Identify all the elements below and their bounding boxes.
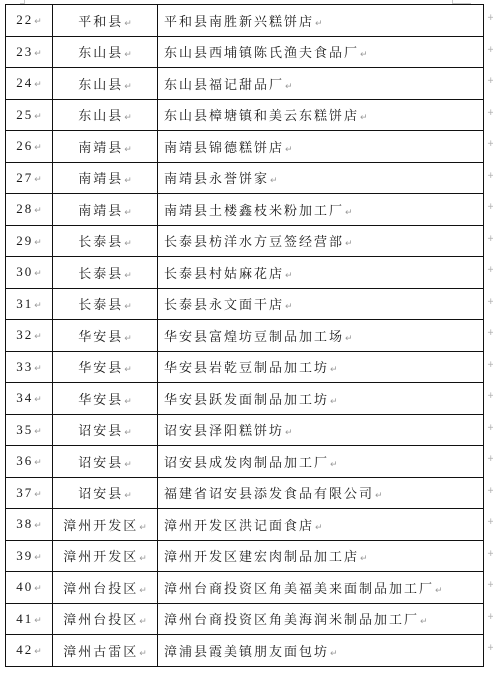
paragraph-mark-icon: ↵ <box>124 365 132 375</box>
area-cell: 漳州古雷区↵ <box>53 635 158 667</box>
area-name: 华安县 <box>78 361 123 376</box>
table-row: 35↵ 诏安县↵ 诏安县泽阳糕饼坊↵ <box>6 414 484 446</box>
paragraph-mark-icon: ↵ <box>285 428 293 438</box>
business-name-cell: 华安县富煌坊豆制品加工场↵ <box>158 320 484 352</box>
paragraph-mark-icon: ↵ <box>124 397 132 407</box>
area-cell: 东山县↵ <box>53 36 158 68</box>
row-number-cell: 33↵ <box>6 351 53 383</box>
paragraph-mark-icon: ↵ <box>124 271 132 281</box>
row-end-mark-icon: + <box>487 108 492 118</box>
area-name: 诏安县 <box>78 456 123 471</box>
business-name-cell: 漳州台商投资区角美海润米制品加工厂↵ <box>158 603 484 635</box>
row-number: 39 <box>16 548 33 563</box>
business-name: 诏安县成发肉制品加工厂 <box>164 456 329 471</box>
table-row: 28↵ 南靖县↵ 南靖县土楼鑫枝米粉加工厂↵ <box>6 194 484 226</box>
business-name-cell: 长泰县村姑麻花店↵ <box>158 257 484 289</box>
row-end-mark-icon: + <box>487 360 492 370</box>
area-cell: 华安县↵ <box>53 351 158 383</box>
row-number: 33 <box>16 359 33 374</box>
row-end-mark-icon: + <box>487 45 492 55</box>
business-name-cell: 漳州开发区建宏肉制品加工店↵ <box>158 540 484 572</box>
area-name: 诏安县 <box>78 424 123 439</box>
paragraph-mark-icon: ↵ <box>345 208 353 218</box>
table-row: 41↵ 漳州台投区↵ 漳州台商投资区角美海润米制品加工厂↵ <box>6 603 484 635</box>
row-number: 38 <box>16 516 33 531</box>
paragraph-mark-icon: ↵ <box>330 460 338 470</box>
table-row: 24↵ 东山县↵ 东山县福记甜品厂↵ <box>6 68 484 100</box>
business-name-cell: 平和县南胜新兴糕饼店↵ <box>158 5 484 37</box>
paragraph-mark-icon: ↵ <box>360 554 368 564</box>
row-end-mark-icon: + <box>487 265 492 275</box>
paragraph-mark-icon: ↵ <box>330 397 338 407</box>
row-number: 40 <box>16 579 33 594</box>
row-number-cell: 32↵ <box>6 320 53 352</box>
business-name: 南靖县锦德糕饼店 <box>164 141 284 156</box>
paragraph-mark-icon: ↵ <box>34 142 42 152</box>
area-cell: 南靖县↵ <box>53 162 158 194</box>
row-number-cell: 30↵ <box>6 257 53 289</box>
business-name-cell: 漳州台商投资区角美福美来面制品加工厂↵ <box>158 572 484 604</box>
area-name: 漳州开发区 <box>63 519 138 534</box>
paragraph-mark-icon: ↵ <box>345 239 353 249</box>
row-number: 28 <box>16 201 33 216</box>
business-name: 平和县南胜新兴糕饼店 <box>164 15 314 30</box>
area-cell: 南靖县↵ <box>53 194 158 226</box>
row-number: 27 <box>16 170 33 185</box>
row-number: 23 <box>16 44 33 59</box>
paragraph-mark-icon: ↵ <box>360 113 368 123</box>
row-end-mark-icon: + <box>487 297 492 307</box>
row-number-cell: 26↵ <box>6 131 53 163</box>
paragraph-mark-icon: ↵ <box>34 426 42 436</box>
paragraph-mark-icon: ↵ <box>34 394 42 404</box>
paragraph-mark-icon: ↵ <box>34 48 42 58</box>
row-number-cell: 36↵ <box>6 446 53 478</box>
business-name-cell: 长泰县枋洋水方豆签经营部↵ <box>158 225 484 257</box>
row-end-mark-icon: + <box>487 13 492 23</box>
business-name: 东山县樟塘镇和美云东糕饼店 <box>164 109 359 124</box>
row-number-cell: 27↵ <box>6 162 53 194</box>
area-name: 南靖县 <box>78 172 123 187</box>
area-cell: 漳州台投区↵ <box>53 572 158 604</box>
paragraph-mark-icon: ↵ <box>285 302 293 312</box>
business-name: 华安县跃发面制品加工坊 <box>164 393 329 408</box>
business-name: 东山县西埔镇陈氏渔夫食品厂 <box>164 46 359 61</box>
paragraph-mark-icon: ↵ <box>124 113 132 123</box>
area-cell: 漳州开发区↵ <box>53 509 158 541</box>
paragraph-mark-icon: ↵ <box>124 176 132 186</box>
area-name: 漳州台投区 <box>63 582 138 597</box>
row-number-cell: 25↵ <box>6 99 53 131</box>
row-end-mark-icon: + <box>487 391 492 401</box>
business-name-cell: 东山县西埔镇陈氏渔夫食品厂↵ <box>158 36 484 68</box>
table-row: 31↵ 长泰县↵ 长泰县永文面干店↵ <box>6 288 484 320</box>
area-name: 漳州开发区 <box>63 550 138 565</box>
area-cell: 华安县↵ <box>53 383 158 415</box>
paragraph-mark-icon: ↵ <box>360 50 368 60</box>
row-number: 30 <box>16 264 33 279</box>
business-name-cell: 诏安县成发肉制品加工厂↵ <box>158 446 484 478</box>
paragraph-mark-icon: ↵ <box>34 583 42 593</box>
area-cell: 长泰县↵ <box>53 225 158 257</box>
table-row: 36↵ 诏安县↵ 诏安县成发肉制品加工厂↵ <box>6 446 484 478</box>
row-number: 32 <box>16 327 33 342</box>
paragraph-mark-icon: ↵ <box>34 174 42 184</box>
row-number: 26 <box>16 138 33 153</box>
table-row: 42↵ 漳州古雷区↵ 漳浦县霞美镇朋友面包坊↵ <box>6 635 484 667</box>
row-number: 41 <box>16 611 33 626</box>
paragraph-mark-icon: ↵ <box>124 145 132 155</box>
area-name: 东山县 <box>78 109 123 124</box>
paragraph-mark-icon: ↵ <box>34 520 42 530</box>
business-name: 南靖县永誉饼家 <box>164 172 269 187</box>
paragraph-mark-icon: ↵ <box>34 489 42 499</box>
area-cell: 东山县↵ <box>53 68 158 100</box>
business-name: 东山县福记甜品厂 <box>164 78 284 93</box>
area-cell: 东山县↵ <box>53 99 158 131</box>
paragraph-mark-icon: ↵ <box>34 268 42 278</box>
paragraph-mark-icon: ↵ <box>124 491 132 501</box>
paragraph-mark-icon: ↵ <box>285 271 293 281</box>
row-number-cell: 42↵ <box>6 635 53 667</box>
paragraph-mark-icon: ↵ <box>124 19 132 29</box>
row-number-cell: 29↵ <box>6 225 53 257</box>
row-end-mark-icon: + <box>487 643 492 653</box>
row-number-cell: 22↵ <box>6 5 53 37</box>
row-end-mark-icon: + <box>487 486 492 496</box>
area-name: 南靖县 <box>78 141 123 156</box>
paragraph-mark-icon: ↵ <box>124 460 132 470</box>
paragraph-mark-icon: ↵ <box>34 205 42 215</box>
table-row: 29↵ 长泰县↵ 长泰县枋洋水方豆签经营部↵ <box>6 225 484 257</box>
paragraph-mark-icon: ↵ <box>124 50 132 60</box>
table-row: 30↵ 长泰县↵ 长泰县村姑麻花店↵ <box>6 257 484 289</box>
business-name-cell: 东山县樟塘镇和美云东糕饼店↵ <box>158 99 484 131</box>
paragraph-mark-icon: ↵ <box>330 365 338 375</box>
business-name-cell: 南靖县土楼鑫枝米粉加工厂↵ <box>158 194 484 226</box>
business-name-cell: 南靖县锦德糕饼店↵ <box>158 131 484 163</box>
area-name: 平和县 <box>78 15 123 30</box>
paragraph-mark-icon: ↵ <box>124 334 132 344</box>
row-end-mark-icon: + <box>487 580 492 590</box>
table-row: 32↵ 华安县↵ 华安县富煌坊豆制品加工场↵ <box>6 320 484 352</box>
row-number-cell: 41↵ <box>6 603 53 635</box>
table-body: 22↵ 平和县↵ 平和县南胜新兴糕饼店↵ 23↵ 东山县↵ 东山县西埔镇陈氏渔夫… <box>6 5 484 667</box>
area-name: 长泰县 <box>78 298 123 313</box>
paragraph-mark-icon: ↵ <box>124 302 132 312</box>
paragraph-mark-icon: ↵ <box>330 649 338 659</box>
paragraph-mark-icon: ↵ <box>34 111 42 121</box>
paragraph-mark-icon: ↵ <box>34 615 42 625</box>
paragraph-mark-icon: ↵ <box>139 586 147 596</box>
row-number: 37 <box>16 485 33 500</box>
area-cell: 漳州台投区↵ <box>53 603 158 635</box>
table-row: 25↵ 东山县↵ 东山县樟塘镇和美云东糕饼店↵ <box>6 99 484 131</box>
row-end-mark-icon: + <box>487 171 492 181</box>
row-end-mark-icon: + <box>487 202 492 212</box>
business-name-cell: 华安县跃发面制品加工坊↵ <box>158 383 484 415</box>
area-name: 长泰县 <box>78 267 123 282</box>
paragraph-mark-icon: ↵ <box>139 523 147 533</box>
table-row: 27↵ 南靖县↵ 南靖县永誉饼家↵ <box>6 162 484 194</box>
table-row: 38↵ 漳州开发区↵ 漳州开发区洪记面食店↵ <box>6 509 484 541</box>
row-number-cell: 23↵ <box>6 36 53 68</box>
row-number: 34 <box>16 390 33 405</box>
business-name-cell: 福建省诏安县添发食品有限公司↵ <box>158 477 484 509</box>
area-name: 长泰县 <box>78 235 123 250</box>
business-name: 漳州台商投资区角美海润米制品加工厂 <box>164 613 419 628</box>
business-name: 长泰县村姑麻花店 <box>164 267 284 282</box>
area-name: 华安县 <box>78 330 123 345</box>
area-name: 漳州古雷区 <box>63 645 138 660</box>
paragraph-mark-icon: ↵ <box>34 331 42 341</box>
area-cell: 长泰县↵ <box>53 288 158 320</box>
paragraph-mark-icon: ↵ <box>139 554 147 564</box>
table-row: 40↵ 漳州台投区↵ 漳州台商投资区角美福美来面制品加工厂↵ <box>6 572 484 604</box>
enterprise-list-table: 22↵ 平和县↵ 平和县南胜新兴糕饼店↵ 23↵ 东山县↵ 东山县西埔镇陈氏渔夫… <box>5 4 484 667</box>
area-name: 南靖县 <box>78 204 123 219</box>
row-end-mark-icon: + <box>487 234 492 244</box>
business-name: 长泰县永文面干店 <box>164 298 284 313</box>
paragraph-mark-icon: ↵ <box>34 237 42 247</box>
business-name-cell: 华安县岩乾豆制品加工坊↵ <box>158 351 484 383</box>
table-row: 39↵ 漳州开发区↵ 漳州开发区建宏肉制品加工店↵ <box>6 540 484 572</box>
row-end-mark-icon: + <box>487 612 492 622</box>
paragraph-mark-icon: ↵ <box>315 523 323 533</box>
business-name-cell: 东山县福记甜品厂↵ <box>158 68 484 100</box>
paragraph-mark-icon: ↵ <box>34 79 42 89</box>
row-number-cell: 34↵ <box>6 383 53 415</box>
area-cell: 诏安县↵ <box>53 477 158 509</box>
business-name: 诏安县泽阳糕饼坊 <box>164 424 284 439</box>
paragraph-mark-icon: ↵ <box>124 239 132 249</box>
business-name: 南靖县土楼鑫枝米粉加工厂 <box>164 204 344 219</box>
area-cell: 诏安县↵ <box>53 414 158 446</box>
business-name-cell: 漳浦县霞美镇朋友面包坊↵ <box>158 635 484 667</box>
row-end-mark-icon: + <box>487 517 492 527</box>
business-name-cell: 诏安县泽阳糕饼坊↵ <box>158 414 484 446</box>
area-cell: 平和县↵ <box>53 5 158 37</box>
paragraph-mark-icon: ↵ <box>285 145 293 155</box>
row-end-mark-icon: + <box>487 423 492 433</box>
table-row: 26↵ 南靖县↵ 南靖县锦德糕饼店↵ <box>6 131 484 163</box>
paragraph-mark-icon: ↵ <box>315 19 323 29</box>
paragraph-mark-icon: ↵ <box>34 16 42 26</box>
area-name: 诏安县 <box>78 487 123 502</box>
row-number: 36 <box>16 453 33 468</box>
paragraph-mark-icon: ↵ <box>435 586 443 596</box>
business-name: 华安县岩乾豆制品加工坊 <box>164 361 329 376</box>
paragraph-mark-icon: ↵ <box>420 617 428 627</box>
row-number-cell: 31↵ <box>6 288 53 320</box>
business-name: 漳州台商投资区角美福美来面制品加工厂 <box>164 582 434 597</box>
business-name: 福建省诏安县添发食品有限公司 <box>164 487 374 502</box>
area-cell: 漳州开发区↵ <box>53 540 158 572</box>
business-name: 漳浦县霞美镇朋友面包坊 <box>164 645 329 660</box>
paragraph-mark-icon: ↵ <box>345 334 353 344</box>
row-number: 31 <box>16 296 33 311</box>
area-name: 漳州台投区 <box>63 613 138 628</box>
row-number: 35 <box>16 422 33 437</box>
business-name: 漳州开发区洪记面食店 <box>164 519 314 534</box>
paragraph-mark-icon: ↵ <box>139 649 147 659</box>
paragraph-mark-icon: ↵ <box>34 646 42 656</box>
row-number: 42 <box>16 642 33 657</box>
table-row: 33↵ 华安县↵ 华安县岩乾豆制品加工坊↵ <box>6 351 484 383</box>
area-cell: 南靖县↵ <box>53 131 158 163</box>
area-name: 东山县 <box>78 46 123 61</box>
row-end-mark-icon: + <box>487 549 492 559</box>
row-number: 25 <box>16 107 33 122</box>
row-number: 22 <box>16 12 33 27</box>
paragraph-mark-icon: ↵ <box>34 457 42 467</box>
table-row: 34↵ 华安县↵ 华安县跃发面制品加工坊↵ <box>6 383 484 415</box>
row-end-mark-icon: + <box>487 454 492 464</box>
row-end-mark-icon: + <box>487 76 492 86</box>
paragraph-mark-icon: ↵ <box>139 617 147 627</box>
row-end-mark-icon: + <box>487 139 492 149</box>
business-name: 长泰县枋洋水方豆签经营部 <box>164 235 344 250</box>
business-name-cell: 南靖县永誉饼家↵ <box>158 162 484 194</box>
table-row: 23↵ 东山县↵ 东山县西埔镇陈氏渔夫食品厂↵ <box>6 36 484 68</box>
area-name: 东山县 <box>78 78 123 93</box>
row-end-mark-icon: + <box>487 328 492 338</box>
area-cell: 诏安县↵ <box>53 446 158 478</box>
row-number: 29 <box>16 233 33 248</box>
row-number: 24 <box>16 75 33 90</box>
paragraph-mark-icon: ↵ <box>270 176 278 186</box>
paragraph-mark-icon: ↵ <box>124 428 132 438</box>
row-number-cell: 35↵ <box>6 414 53 446</box>
area-cell: 长泰县↵ <box>53 257 158 289</box>
paragraph-mark-icon: ↵ <box>34 300 42 310</box>
area-cell: 华安县↵ <box>53 320 158 352</box>
row-number-cell: 38↵ <box>6 509 53 541</box>
business-name: 漳州开发区建宏肉制品加工店 <box>164 550 359 565</box>
paragraph-mark-icon: ↵ <box>285 82 293 92</box>
table-row: 37↵ 诏安县↵ 福建省诏安县添发食品有限公司↵ <box>6 477 484 509</box>
paragraph-mark-icon: ↵ <box>124 208 132 218</box>
paragraph-mark-icon: ↵ <box>375 491 383 501</box>
row-number-cell: 40↵ <box>6 572 53 604</box>
row-number-cell: 28↵ <box>6 194 53 226</box>
row-number-cell: 39↵ <box>6 540 53 572</box>
business-name-cell: 漳州开发区洪记面食店↵ <box>158 509 484 541</box>
paragraph-mark-icon: ↵ <box>34 363 42 373</box>
paragraph-mark-icon: ↵ <box>34 552 42 562</box>
row-number-cell: 37↵ <box>6 477 53 509</box>
row-number-cell: 24↵ <box>6 68 53 100</box>
business-name: 华安县富煌坊豆制品加工场 <box>164 330 344 345</box>
paragraph-mark-icon: ↵ <box>124 82 132 92</box>
business-name-cell: 长泰县永文面干店↵ <box>158 288 484 320</box>
area-name: 华安县 <box>78 393 123 408</box>
table-row: 22↵ 平和县↵ 平和县南胜新兴糕饼店↵ <box>6 5 484 37</box>
